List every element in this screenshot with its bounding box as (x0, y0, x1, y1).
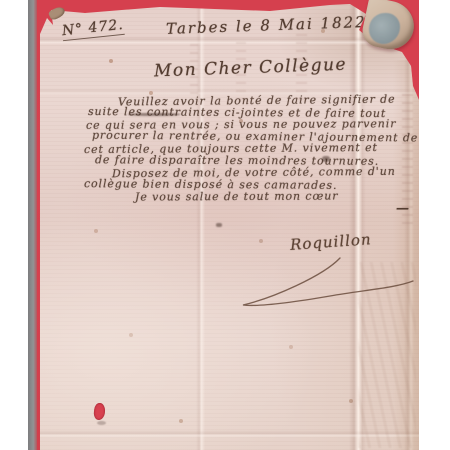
ink-blot (322, 156, 330, 162)
red-wax-spot-shadow (97, 421, 106, 425)
photo-of-letter: N° 472. Tarbes le 8 Mai 1822 — Mon Cher … (0, 0, 450, 450)
body-line: Je vous salue de tout mon cœur (135, 189, 338, 203)
signature-flourish (225, 250, 425, 314)
ink-smudge (128, 113, 180, 116)
closing-dash: — (396, 201, 409, 216)
photo-edge-shadow (28, 0, 37, 450)
letter-paper: N° 472. Tarbes le 8 Mai 1822 — Mon Cher … (40, 4, 419, 450)
letter-salutation: Mon Cher Collègue (154, 55, 348, 82)
ink-blot (216, 223, 222, 227)
